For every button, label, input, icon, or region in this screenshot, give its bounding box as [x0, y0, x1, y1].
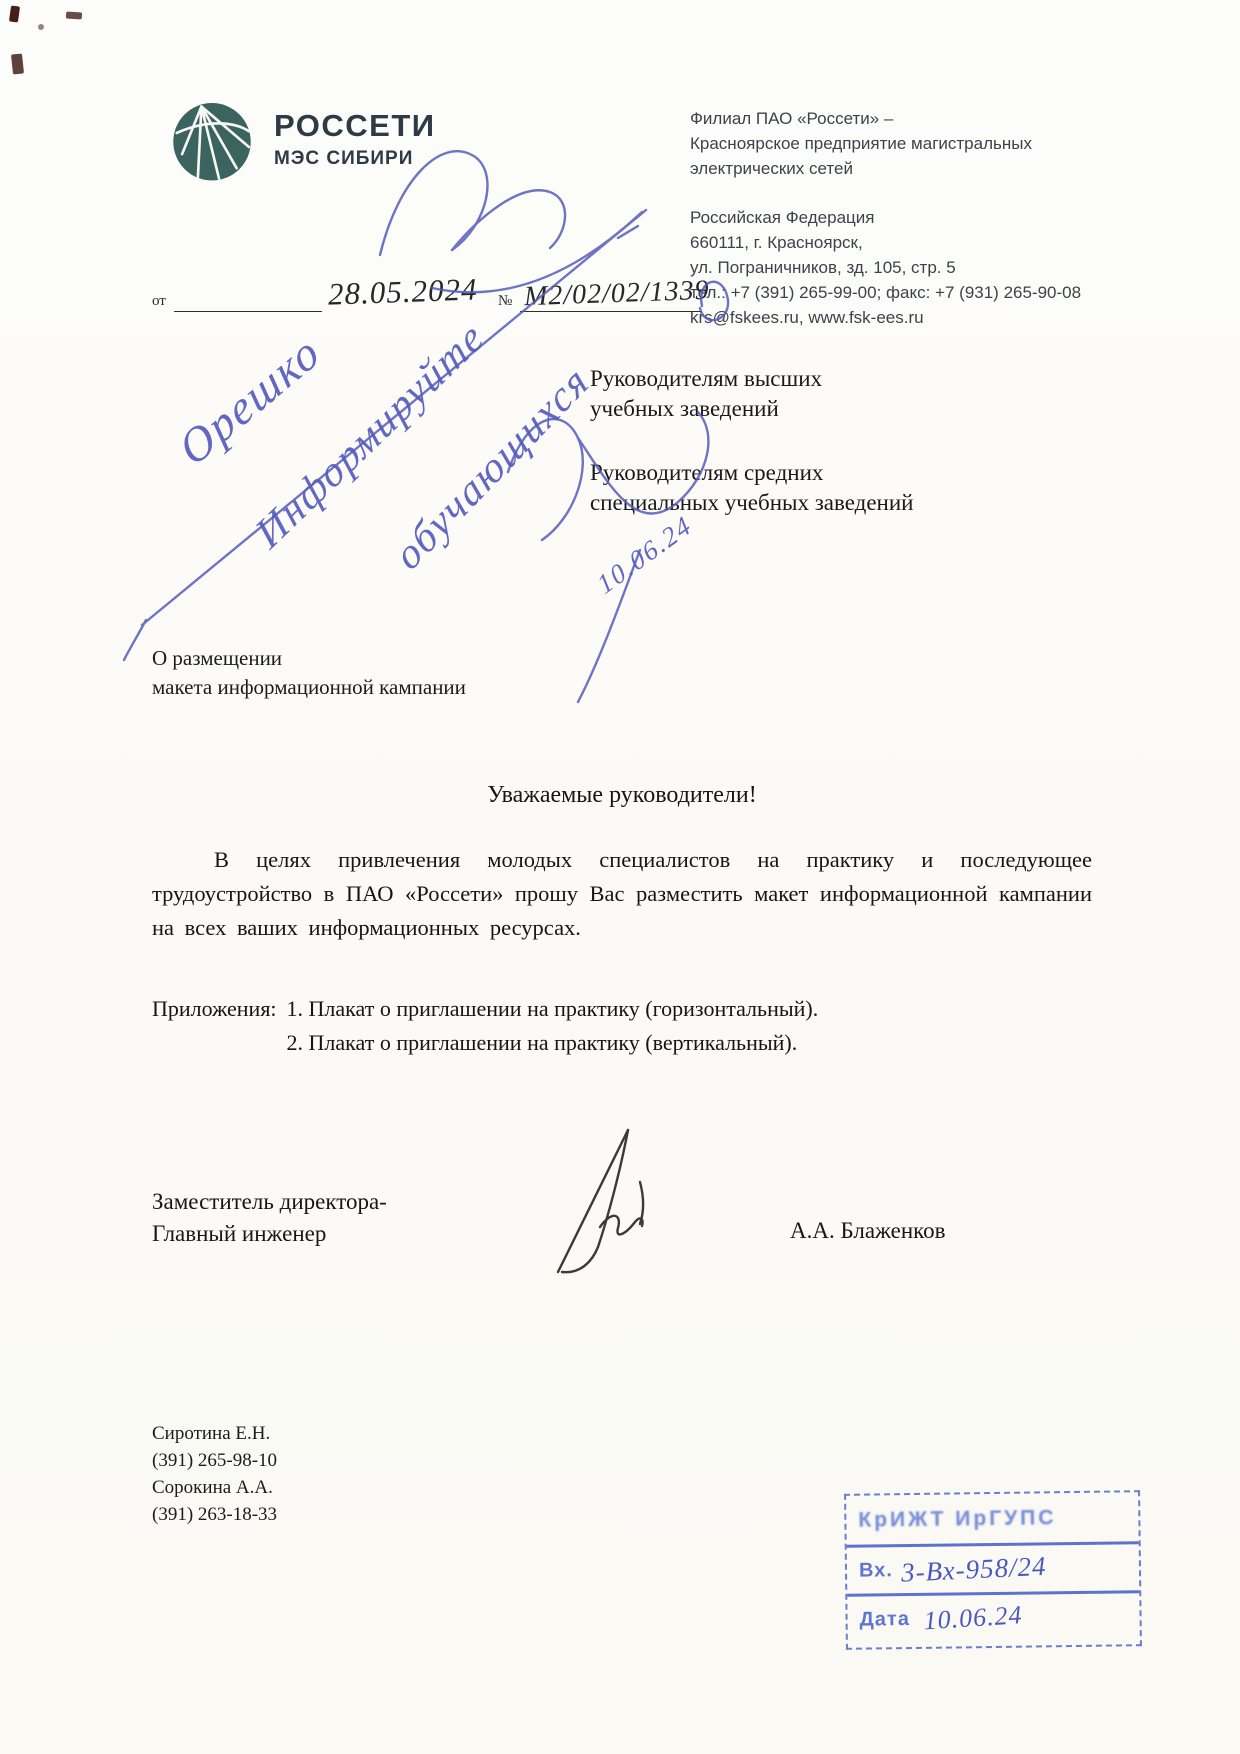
- scanned-letter-page: РОССЕТИ МЭС СИБИРИ Филиал ПАО «Россети» …: [0, 0, 1240, 1754]
- stamp-org-name: КрИЖТ ИрГУПС: [858, 1506, 1056, 1532]
- attachments-block: Приложения: 1. Плакат о приглашении на п…: [152, 992, 818, 1060]
- signer-name: А.А. Блаженков: [790, 1218, 946, 1244]
- spacer: [690, 181, 1120, 205]
- handwritten-outgoing-number: М2/02/02/1339: [523, 275, 710, 313]
- incoming-registration-stamp: КрИЖТ ИрГУПС Вх. 3-Вх-958/24 Дата 10.06.…: [844, 1490, 1142, 1650]
- logo-text: РОССЕТИ МЭС СИБИРИ: [274, 110, 436, 170]
- stamp-date-row: Дата 10.06.24: [847, 1590, 1140, 1643]
- annotation-word-name: Орешко: [170, 324, 330, 478]
- rosseti-globe-icon: [168, 96, 256, 184]
- executor-line: Сорокина А.А.: [152, 1474, 277, 1501]
- executor-line: (391) 265-98-10: [152, 1447, 277, 1474]
- handwritten-incoming-number: 3-Вх-958/24: [900, 1550, 1047, 1588]
- attachments-label: Приложения:: [152, 992, 277, 1060]
- scan-artifact: [9, 5, 20, 22]
- ref-number-label: №: [498, 293, 512, 310]
- recipient-line: Руководителям средних: [590, 458, 913, 488]
- signer-position-line: Заместитель директора-: [152, 1186, 387, 1218]
- stamp-org-row: КрИЖТ ИрГУПС: [846, 1492, 1139, 1545]
- annotation-word-instruction: Информируйте: [247, 312, 493, 559]
- executors-block: Сиротина Е.Н. (391) 265-98-10 Сорокина А…: [152, 1420, 277, 1528]
- stamp-incoming-row: Вх. 3-Вх-958/24: [847, 1541, 1140, 1594]
- attachment-item: 1. Плакат о приглашении на практику (гор…: [287, 992, 819, 1026]
- recipients-block: Руководителям высших учебных заведений Р…: [590, 364, 913, 518]
- subject-line: О размещении: [152, 644, 466, 673]
- scan-artifact: [11, 53, 24, 74]
- ref-date-underline: [174, 311, 322, 312]
- signer-position: Заместитель директора- Главный инженер: [152, 1186, 387, 1250]
- signer-position-line: Главный инженер: [152, 1218, 387, 1250]
- executor-line: Сиротина Е.Н.: [152, 1420, 277, 1447]
- subject-line: макета информационной кампании: [152, 673, 466, 702]
- handwritten-outgoing-date: 28.05.2024: [327, 271, 478, 312]
- sender-address-line: Российская Федерация: [690, 205, 1120, 230]
- scan-artifact: [66, 11, 82, 19]
- attachments-list: 1. Плакат о приглашении на практику (гор…: [287, 992, 819, 1060]
- ref-from-label: от: [152, 293, 166, 310]
- logo-division: МЭС СИБИРИ: [274, 148, 436, 170]
- stamp-incoming-label: Вх.: [859, 1559, 893, 1582]
- sender-org-line: Филиал ПАО «Россети» –: [690, 106, 1120, 131]
- scan-artifact: [38, 24, 44, 30]
- handwritten-incoming-date: 10.06.24: [923, 1600, 1024, 1636]
- sender-org-line: Красноярское предприятие магистральных: [690, 131, 1120, 156]
- rosseti-logo: РОССЕТИ МЭС СИБИРИ: [168, 96, 436, 184]
- subject-block: О размещении макета информационной кампа…: [152, 644, 466, 702]
- sender-address-line: тел.: +7 (391) 265-99-00; факс: +7 (931)…: [690, 280, 1120, 305]
- body-paragraph: В целях привлечения молодых специалистов…: [152, 843, 1092, 945]
- executor-line: (391) 263-18-33: [152, 1501, 277, 1528]
- sender-address-block: Филиал ПАО «Россети» – Красноярское пред…: [690, 106, 1120, 330]
- sender-address-line: krs@fskees.ru, www.fsk-ees.ru: [690, 305, 1120, 330]
- stamp-date-label: Дата: [859, 1608, 910, 1632]
- sender-org-line: электрических сетей: [690, 156, 1120, 181]
- recipient-line: учебных заведений: [590, 394, 913, 424]
- sender-address-line: ул. Пограничников, зд. 105, стр. 5: [690, 255, 1120, 280]
- annotation-word-instruction: обучающихся: [386, 356, 598, 581]
- salutation: Уважаемые руководители!: [152, 782, 1092, 809]
- logo-brand: РОССЕТИ: [274, 110, 436, 141]
- annotation-date: 10.06.24: [592, 509, 698, 600]
- reference-line: от 28.05.2024 № М2/02/02/1339: [152, 268, 572, 314]
- director-signature: [540, 1122, 680, 1282]
- sender-address-line: 660111, г. Красноярск,: [690, 230, 1120, 255]
- recipient-line: специальных учебных заведений: [590, 488, 913, 518]
- recipient-line: Руководителям высших: [590, 364, 913, 394]
- attachment-item: 2. Плакат о приглашении на практику (вер…: [287, 1026, 819, 1060]
